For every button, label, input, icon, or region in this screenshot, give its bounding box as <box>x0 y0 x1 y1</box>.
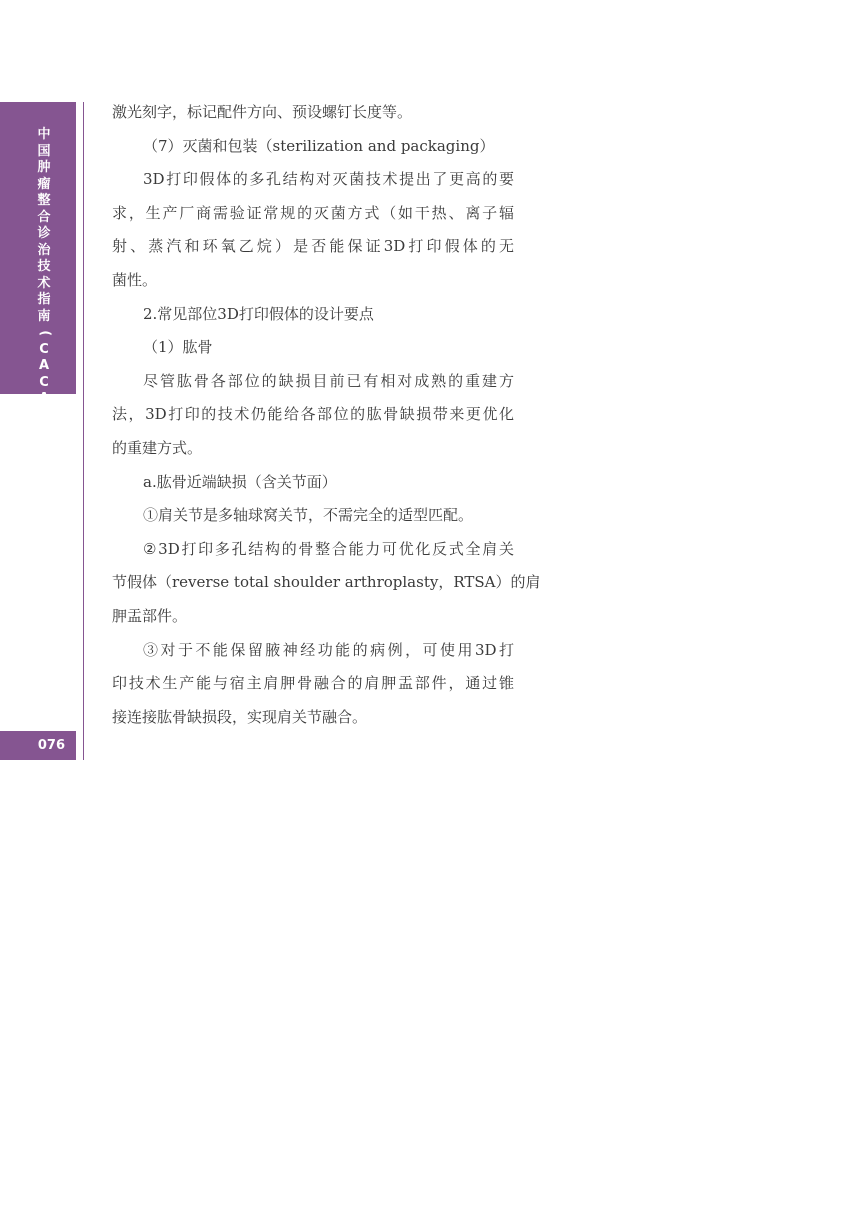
text-line: 射、蒸汽和环氧乙烷）是否能保证3D打印假体的无 <box>112 230 514 264</box>
book-title-char: 术 <box>35 276 53 293</box>
book-title-char: 治 <box>35 243 53 260</box>
book-title-char: ( <box>36 324 53 342</box>
book-title-char: C <box>35 342 53 359</box>
book-title-char: 瘤 <box>35 177 53 194</box>
text-line: 菌性。 <box>112 264 514 298</box>
book-title-char: A <box>35 358 53 375</box>
list-item-1: ①肩关节是多轴球窝关节，不需完全的适型匹配。 <box>112 499 514 533</box>
list-item-2: ②3D打印多孔结构的骨整合能力可优化反式全肩关 <box>112 533 514 567</box>
text-line: 接连接肱骨缺损段，实现肩关节融合。 <box>112 701 514 735</box>
text-line: 求，生产厂商需验证常规的灭菌方式（如干热、离子辐 <box>112 197 514 231</box>
book-title-char: ) <box>36 407 53 425</box>
text-line: 胛盂部件。 <box>112 600 514 634</box>
book-title-char: A <box>35 391 53 408</box>
text-line: 印技术生产能与宿主肩胛骨融合的肩胛盂部件，通过锥 <box>112 667 514 701</box>
book-title-char: 诊 <box>35 226 53 243</box>
book-title-char: 整 <box>35 193 53 210</box>
text-line: 的重建方式。 <box>112 432 514 466</box>
margin-divider <box>83 102 84 760</box>
book-title-char: 国 <box>35 144 53 161</box>
book-title-char: 肿 <box>35 160 53 177</box>
book-title-char: C <box>35 375 53 392</box>
list-item-3: ③对于不能保留腋神经功能的病例，可使用3D打 <box>112 634 514 668</box>
book-title-char: 指 <box>35 292 53 309</box>
book-title-char: 合 <box>35 210 53 227</box>
section-heading-proximal-humerus: a.肱骨近端缺损（含关节面） <box>112 466 514 500</box>
section-heading-sterilization: （7）灭菌和包装（sterilization and packaging） <box>112 130 514 164</box>
text-line: 激光刻字，标记配件方向、预设螺钉长度等。 <box>112 96 514 130</box>
book-title-vertical: 中 国 肿 瘤 整 合 诊 治 技 术 指 南 ( C A C A ) <box>35 127 53 424</box>
book-title-char: 中 <box>35 127 53 144</box>
text-line: 法，3D打印的技术仍能给各部位的肱骨缺损带来更优化 <box>112 398 514 432</box>
book-title-char: 南 <box>35 309 53 326</box>
page-number: 076 <box>38 737 65 754</box>
body-text: 激光刻字，标记配件方向、预设螺钉长度等。 （7）灭菌和包装（sterilizat… <box>112 96 514 734</box>
section-heading-humerus: （1）肱骨 <box>112 331 514 365</box>
page-number-tab: 076 <box>0 731 76 760</box>
text-line: 尽管肱骨各部位的缺损目前已有相对成熟的重建方 <box>112 365 514 399</box>
text-line: 3D打印假体的多孔结构对灭菌技术提出了更高的要 <box>112 163 514 197</box>
section-heading-design-points: 2.常见部位3D打印假体的设计要点 <box>112 298 514 332</box>
book-title-char: 技 <box>35 259 53 276</box>
text-line: 节假体（reverse total shoulder arthroplasty，… <box>112 566 514 600</box>
